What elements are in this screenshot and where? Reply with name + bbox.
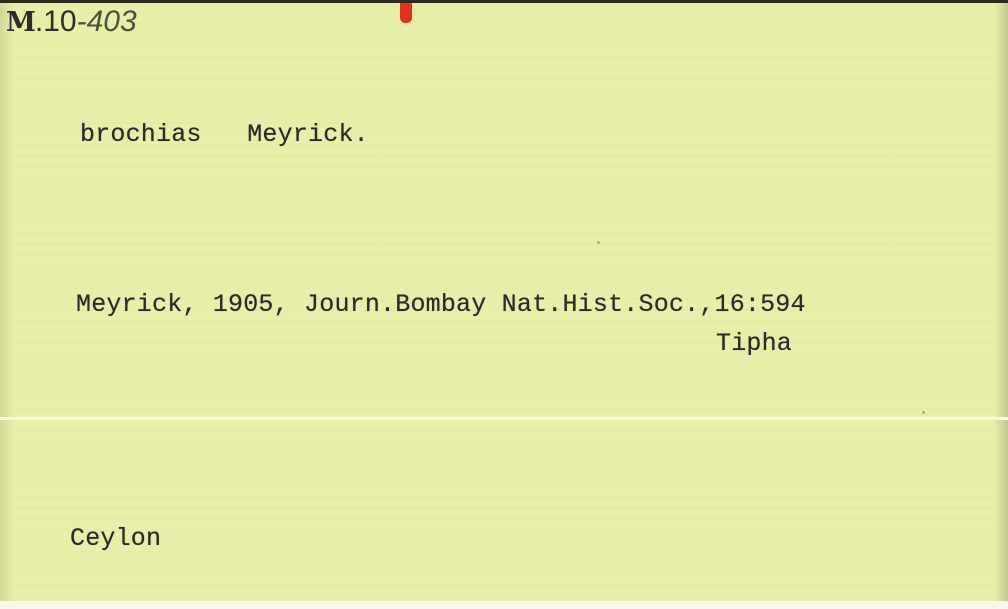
bottom-edge — [0, 601, 1008, 609]
locality: Ceylon — [70, 524, 161, 553]
reference-citation: Meyrick, 1905, Journ.Bombay Nat.Hist.Soc… — [76, 290, 806, 319]
catalog-number-handwritten: -403 — [77, 5, 137, 38]
card-crease — [0, 417, 1008, 420]
author-name: Meyrick. — [247, 120, 369, 149]
species-name: brochias — [80, 120, 202, 149]
catalog-prefix: M — [6, 7, 35, 38]
catalog-number-typed: 10 — [43, 5, 76, 38]
taxon-line: brochias Meyrick. — [80, 120, 369, 149]
host-plant: Tipha — [716, 329, 792, 358]
catalog-dot: . — [35, 5, 43, 38]
red-tab-marker — [400, 3, 412, 23]
catalog-number: M.10-403 — [6, 5, 137, 39]
paper-speck — [922, 411, 925, 414]
paper-speck — [597, 241, 600, 244]
index-card: M.10-403 brochias Meyrick. Meyrick, 1905… — [0, 0, 1008, 601]
